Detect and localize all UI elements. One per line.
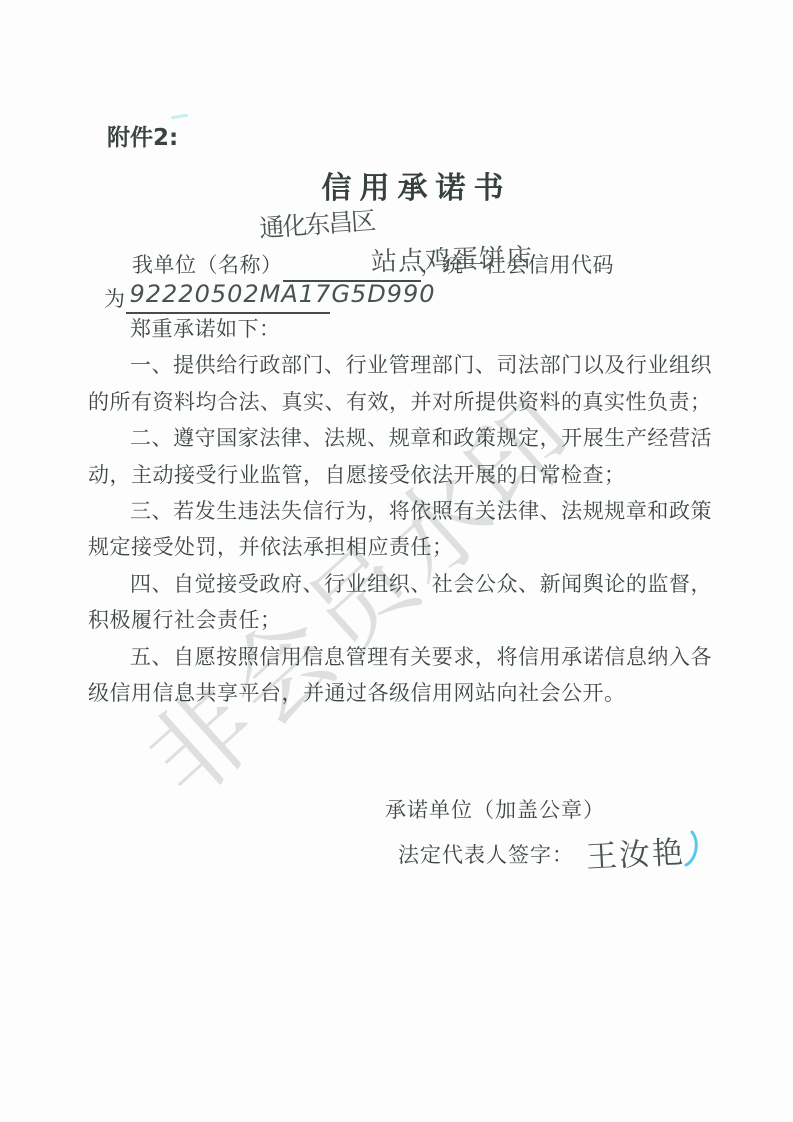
clause-3: 三、若发生违法失信行为，将依照有关法律、法规规章和政策规定接受处罚，并依法承担相…	[88, 493, 712, 566]
clause-4: 四、自觉接受政府、行业组织、社会公众、新闻舆论的监督，积极履行社会责任；	[88, 566, 712, 639]
unit-seal-line: 承诺单位（加盖公章）	[385, 789, 703, 831]
handwritten-credit-code: 92220502MA17G5D990	[130, 280, 436, 308]
pledge-body: 郑重承诺如下： 一、提供给行政部门、行业管理部门、司法部门以及行业组织的所有资料…	[88, 311, 712, 711]
intro-lead-text: 我单位（名称）	[132, 253, 283, 277]
credit-code-line: 为92220502MA17G5D990	[88, 283, 764, 314]
unit-name-blank: 站点鸡蛋饼店	[283, 243, 421, 282]
clause-2: 二、遵守国家法律、法规、规章和政策规定，开展生产经营活动，主动接受行业监管，自愿…	[88, 420, 712, 493]
signature-line: 法定代表人签字：王汝艳	[385, 831, 703, 876]
pledge-heading: 郑重承诺如下：	[88, 311, 712, 347]
credit-code-blank: 92220502MA17G5D990	[126, 284, 330, 314]
handwritten-unit-name: 站点鸡蛋饼店	[326, 237, 533, 279]
scanned-document-page: 非会员水印 附件2: 信用承诺书 通化东昌区 我单位（名称）站点鸡蛋饼店，统一社…	[0, 0, 793, 1122]
handwritten-signature: 王汝艳	[585, 831, 686, 878]
code-prefix-text: 为	[104, 287, 126, 311]
clause-1: 一、提供给行政部门、行业管理部门、司法部门以及行业组织的所有资料均合法、真实、有…	[88, 347, 712, 420]
signoff-block: 承诺单位（加盖公章） 法定代表人签字：王汝艳	[385, 789, 703, 876]
clause-5: 五、自愿按照信用信息管理有关要求，将信用承诺信息纳入各级信用信息共享平台，并通过…	[88, 639, 712, 712]
intro-line: 我单位（名称）站点鸡蛋饼店，统一社会信用代码	[88, 243, 748, 282]
signature-label: 法定代表人签字：	[398, 843, 574, 867]
signature-tail-stroke-icon	[683, 830, 703, 868]
attachment-label: 附件2:	[107, 119, 178, 152]
document-title: 信用承诺书	[20, 163, 793, 207]
handwritten-district-note: 通化东昌区	[258, 201, 375, 245]
